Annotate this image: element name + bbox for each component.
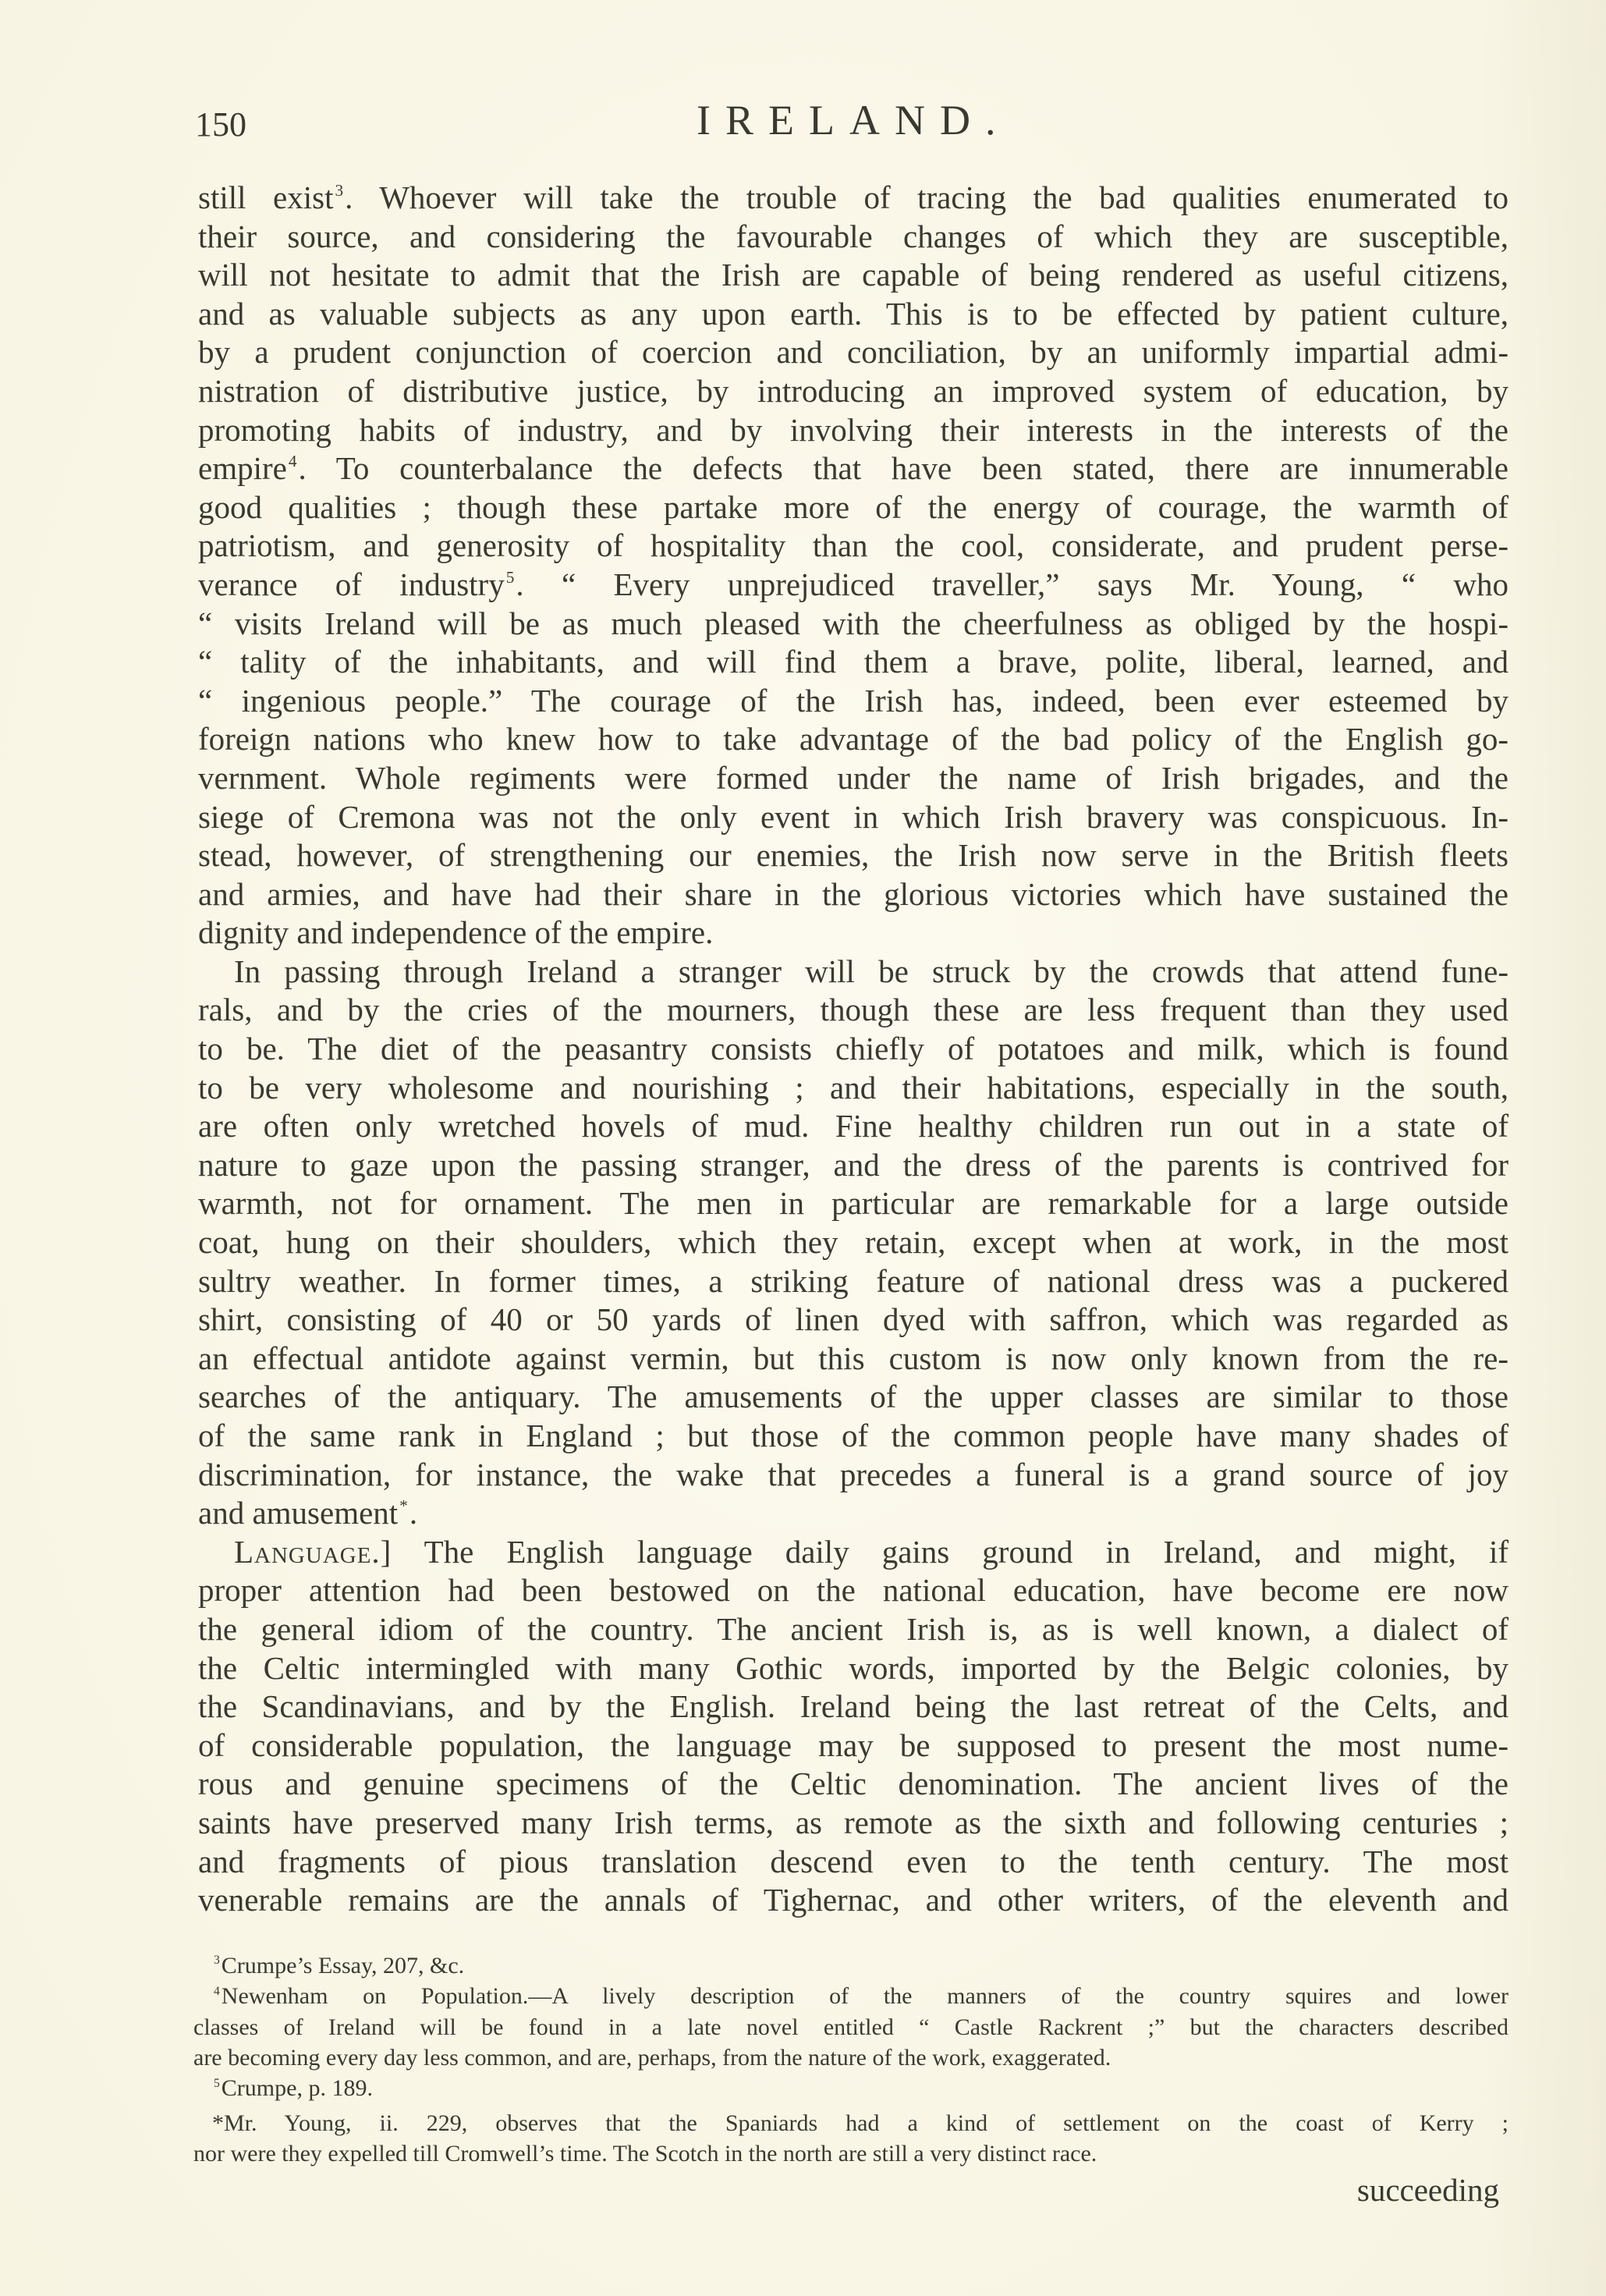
body-line: venerable remains are the annals of Tigh… (198, 1881, 1509, 1920)
body-line: and as valuable subjects as any upon ear… (198, 295, 1509, 334)
body-line: verance of industry5. “ Every unprejudic… (198, 566, 1509, 605)
footnote-marker: * (212, 2110, 224, 2136)
body-line: proper attention had been bestowed on th… (198, 1571, 1509, 1610)
line-text: . “ Every unprejudiced traveller,” says … (516, 566, 1509, 602)
body-line: siege of Cremona was not the only event … (198, 798, 1509, 837)
body-line: the Scandinavians, and by the English. I… (198, 1687, 1509, 1726)
body-line: still exist3. Whoever will take the trou… (198, 179, 1509, 218)
footnote-ref: 4 (287, 452, 299, 470)
body-line: saints have preserved many Irish terms, … (198, 1804, 1509, 1843)
body-line: sultry weather. In former times, a strik… (198, 1262, 1509, 1301)
body-line: dignity and independence of the empire. (198, 914, 1509, 953)
footnote-ref: 5 (505, 568, 516, 587)
line-text: verance of industry (198, 566, 505, 602)
body-line: nature to gaze upon the passing stranger… (198, 1146, 1509, 1185)
footnote-3: 3Crumpe’s Essay, 207, &c. (193, 1950, 1509, 1981)
body-line: discrimination, for instance, the wake t… (198, 1456, 1509, 1495)
body-line: and amusement*. (198, 1494, 1509, 1533)
body-line: and fragments of pious translation desce… (198, 1843, 1509, 1882)
line-text: and amusement (198, 1495, 398, 1531)
body-line: “ ingenious people.” The courage of the … (198, 682, 1509, 721)
body-line: “ visits Ireland will be as much pleased… (198, 605, 1509, 644)
line-text: The English language daily gains ground … (392, 1534, 1509, 1570)
body-line: patriotism, and generosity of hospitalit… (198, 527, 1509, 566)
footnote-4-line: are becoming every day less common, and … (193, 2042, 1509, 2073)
body-line: Language.] The English language daily ga… (198, 1533, 1509, 1572)
footnote-ref: 3 (334, 181, 346, 200)
line-text: . (409, 1495, 417, 1531)
body-line: coat, hung on their shoulders, which the… (198, 1223, 1509, 1262)
body-text: still exist3. Whoever will take the trou… (198, 179, 1509, 1920)
line-text: . To counterbalance the defects that hav… (299, 450, 1509, 486)
footnote-text: Mr. Young, ii. 229, observes that the Sp… (224, 2110, 1509, 2136)
body-line: In passing through Ireland a stranger wi… (198, 953, 1509, 992)
body-line: will not hesitate to admit that the Iris… (198, 256, 1509, 295)
body-line: empire4. To counterbalance the defects t… (198, 449, 1509, 488)
footnote-marker: 3 (212, 1954, 222, 1967)
body-line: and armies, and have had their share in … (198, 875, 1509, 914)
footnote-4: 4Newenham on Population.—A lively descri… (193, 1981, 1509, 2011)
footnote-star-line: nor were they expelled till Cromwell’s t… (193, 2138, 1509, 2169)
section-sidehead: Language.] (234, 1534, 392, 1570)
footnote-marker: 5 (212, 2077, 222, 2090)
body-line: their source, and considering the favour… (198, 218, 1509, 257)
body-line: of the same rank in England ; but those … (198, 1417, 1509, 1456)
body-line: rous and genuine specimens of the Celtic… (198, 1765, 1509, 1804)
line-text: still exist (198, 179, 334, 215)
body-line: shirt, consisting of 40 or 50 yards of l… (198, 1301, 1509, 1340)
page-number: 150 (195, 108, 246, 142)
body-line: foreign nations who knew how to take adv… (198, 720, 1509, 759)
footnote-4-line: classes of Ireland will be found in a la… (193, 2012, 1509, 2042)
footnote-text: Crumpe’s Essay, 207, &c. (222, 1953, 464, 1978)
catchword: succeeding (1357, 2171, 1499, 2210)
body-line: warmth, not for ornament. The men in par… (198, 1184, 1509, 1223)
running-title: IRELAND. (697, 99, 1002, 141)
body-line: the general idiom of the country. The an… (198, 1610, 1509, 1649)
footnote-text: Crumpe, p. 189. (222, 2075, 373, 2101)
body-line: vernment. Whole regiments were formed un… (198, 759, 1509, 798)
body-line: promoting habits of industry, and by inv… (198, 411, 1509, 450)
body-line: of considerable population, the language… (198, 1726, 1509, 1765)
body-line: rals, and by the cries of the mourners, … (198, 991, 1509, 1030)
footnote-5: 5Crumpe, p. 189. (193, 2073, 1509, 2103)
body-line: to be very wholesome and nourishing ; an… (198, 1069, 1509, 1108)
body-line: to be. The diet of the peasantry consist… (198, 1030, 1509, 1069)
body-line: an effectual antidote against vermin, bu… (198, 1340, 1509, 1379)
body-line: “ tality of the inhabitants, and will fi… (198, 643, 1509, 682)
body-line: stead, however, of strengthening our ene… (198, 836, 1509, 875)
line-text: empire (198, 450, 287, 486)
body-line: the Celtic intermingled with many Gothic… (198, 1649, 1509, 1688)
footnote-marker: 4 (212, 1985, 222, 1998)
body-line: searches of the antiquary. The amusement… (198, 1378, 1509, 1417)
footnote-text: Newenham on Population.—A lively descrip… (222, 1983, 1509, 2009)
body-line: nistration of distributive justice, by i… (198, 372, 1509, 411)
footnote-star-line: *Mr. Young, ii. 229, observes that the S… (193, 2108, 1509, 2138)
footnote-star: *Mr. Young, ii. 229, observes that the S… (193, 2108, 1509, 2170)
footnote-ref: * (398, 1496, 409, 1515)
footnotes: 3Crumpe’s Essay, 207, &c. 4Newenham on P… (193, 1950, 1509, 2103)
body-line: are often only wretched hovels of mud. F… (198, 1107, 1509, 1146)
body-line: by a prudent conjunction of coercion and… (198, 333, 1509, 372)
line-text: . Whoever will take the trouble of traci… (345, 179, 1509, 215)
body-line: good qualities ; though these partake mo… (198, 488, 1509, 527)
